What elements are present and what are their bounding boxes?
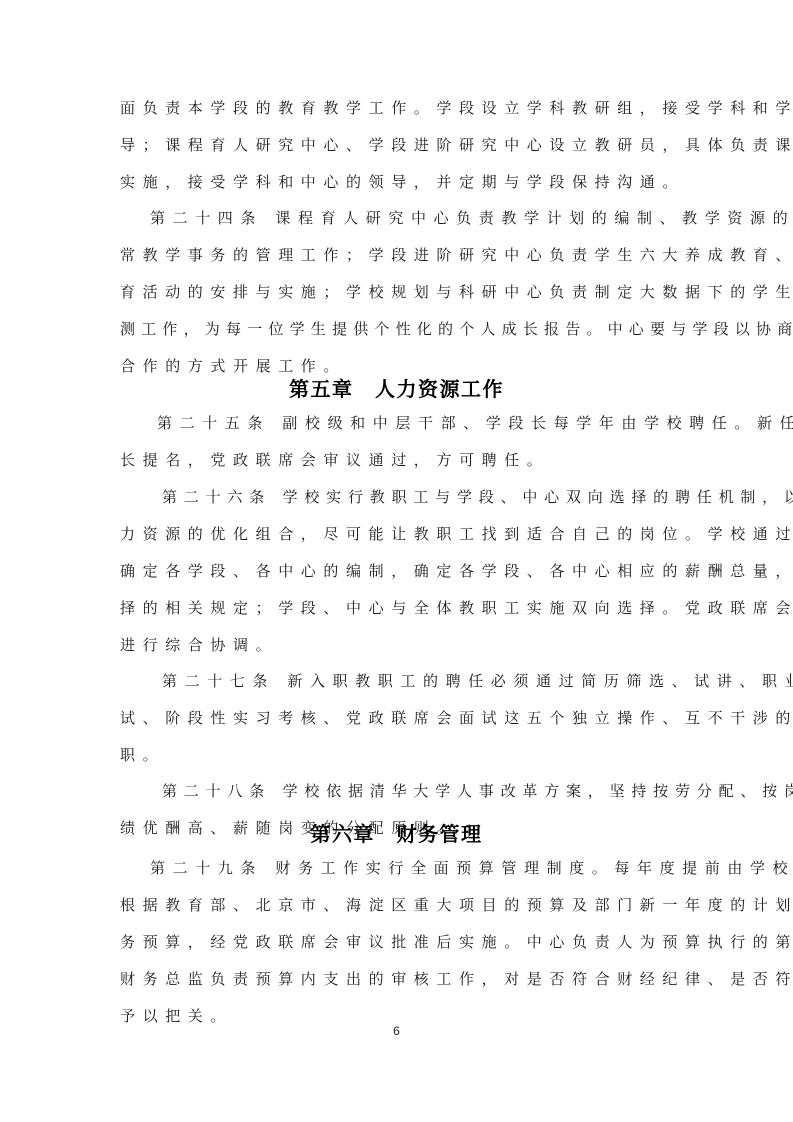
chapter-5-heading: 第五章 人力资源工作 <box>0 373 793 402</box>
article-29-line: 第二十九条 财务工作实行全面预算管理制度。每年度提前由学校和各部门 <box>150 850 793 886</box>
paragraph-line: 常教学事务的管理工作；学段进阶研究中心负责学生六大养成教育、重大主题教 <box>120 237 793 273</box>
document-page: 面负责本学段的教育教学工作。学段设立学科教研组，接受学科和学段的双重领 导；课程… <box>0 0 793 1122</box>
page-number: 6 <box>0 1024 793 1038</box>
article-24-line: 第二十四条 课程育人研究中心负责教学计划的编制、教学资源的调配、日 <box>150 200 793 236</box>
paragraph-line: 实施，接受学科和中心的领导，并定期与学段保持沟通。 <box>120 164 685 200</box>
paragraph-line: 育活动的安排与实施；学校规划与科研中心负责制定大数据下的学生综合素养监 <box>120 274 793 310</box>
paragraph-line: 根据教育部、北京市、海淀区重大项目的预算及部门新一年度的计划编制年度财 <box>120 887 793 923</box>
paragraph-line: 试、阶段性实习考核、党政联席会面试这五个独立操作、互不干涉的环节方可入 <box>120 700 793 736</box>
chapter-6-heading: 第六章 财务管理 <box>0 818 793 847</box>
article-25-line: 第二十五条 副校级和中层干部、学段长每学年由学校聘任。新任干部由校 <box>157 405 793 441</box>
paragraph-line: 进行综合协调。 <box>120 627 278 663</box>
paragraph-line: 导；课程育人研究中心、学段进阶研究中心设立教研员，具体负责课程的开发和 <box>120 127 793 163</box>
article-26-line: 第二十六条 学校实行教职工与学段、中心双向选择的聘任机制，以实现人 <box>162 479 793 515</box>
paragraph-line: 职。 <box>120 737 165 773</box>
article-27-line: 第二十七条 新入职教职工的聘任必须通过简历筛选、试讲、职业能力测 <box>162 663 793 699</box>
article-28-line: 第二十八条 学校依据清华大学人事改革方案，坚持按劳分配、按岗取酬、 <box>162 773 793 809</box>
paragraph-line: 确定各学段、各中心的编制，确定各学段、各中心相应的薪酬总量，确定双向选 <box>120 553 793 589</box>
paragraph-line: 财务总监负责预算内支出的审核工作，对是否符合财经纪律、是否符合预算要求 <box>120 961 793 997</box>
paragraph-line: 务预算，经党政联席会审议批准后实施。中心负责人为预算执行的第一责任人， <box>120 924 793 960</box>
paragraph-line: 择的相关规定；学段、中心与全体教职工实施双向选择。党政联席会对聘任结果 <box>120 590 793 626</box>
paragraph-line: 面负责本学段的教育教学工作。学段设立学科教研组，接受学科和学段的双重领 <box>120 90 793 126</box>
paragraph-line: 长提名，党政联席会审议通过，方可聘任。 <box>120 442 549 478</box>
paragraph-line: 测工作，为每一位学生提供个性化的个人成长报告。中心要与学段以协商、协调、 <box>120 311 793 347</box>
paragraph-line: 力资源的优化组合，尽可能让教职工找到适合自己的岗位。学校通过党政联席会 <box>120 516 793 552</box>
